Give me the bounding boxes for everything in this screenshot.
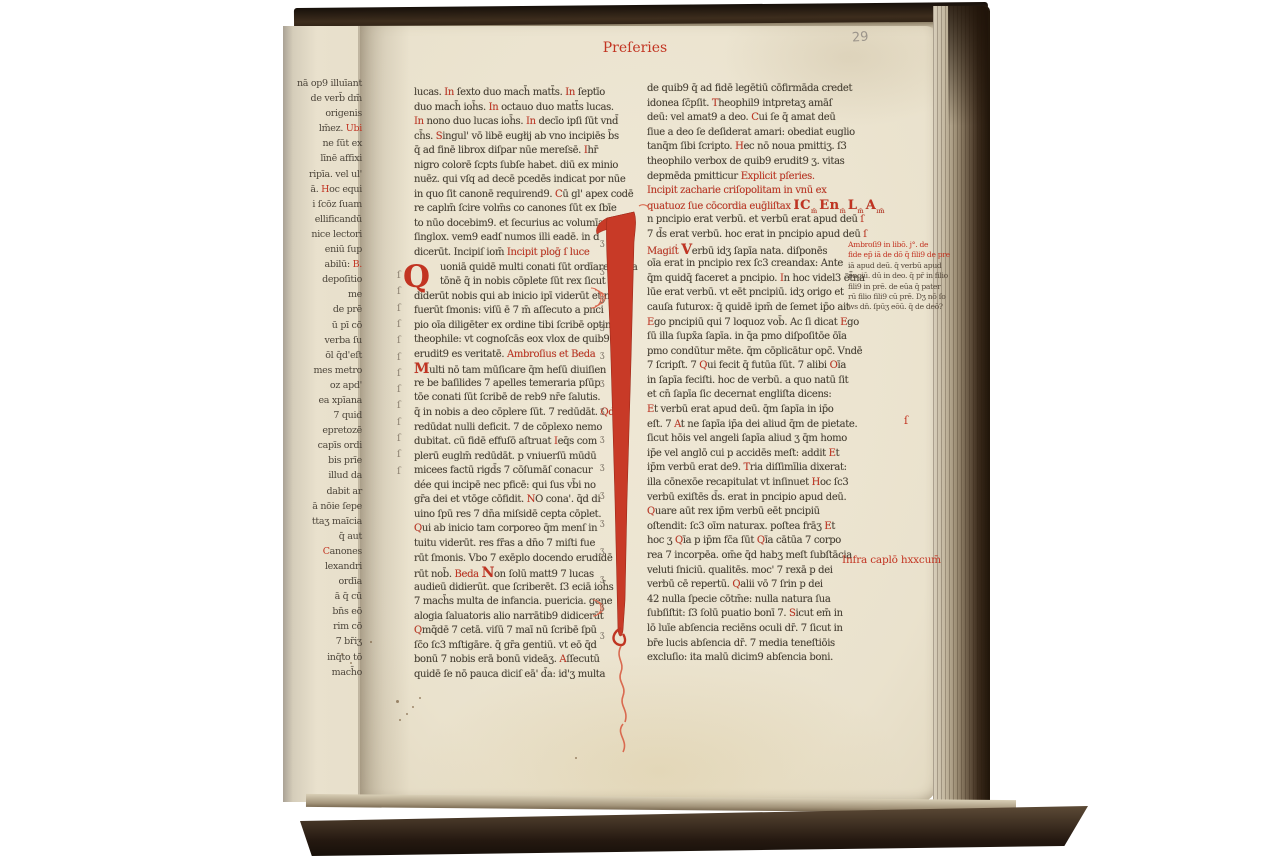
text-line: duo mach̄ ioh̄s. In octauo duo matt̄s lu…: [414, 101, 616, 116]
text-line: me: [286, 287, 362, 302]
text-line: ellificandū: [286, 212, 362, 227]
margin-mark: ſ: [397, 335, 401, 346]
text-line: bn̄s eō: [286, 604, 362, 619]
text-line: nā op9 illuīant: [286, 76, 362, 91]
text-line: ā nōie ſepe: [286, 499, 362, 514]
text-line: 7 quid: [286, 408, 362, 423]
text-line: fide ep̄ iā de dō q̄ fili9 de pre: [848, 250, 944, 260]
text-line: q̄ aut: [286, 529, 362, 544]
text-line: depoſitio: [286, 272, 362, 287]
margin-mark: ſ: [397, 303, 401, 314]
running-title: Preſeries: [580, 40, 690, 56]
text-line: ripīa. vel ul': [286, 167, 362, 182]
ink-speck: [341, 653, 343, 655]
margin-paragraph-mark: ſ: [904, 414, 908, 427]
book-cover-bottom-edge: [300, 806, 1088, 856]
text-line: līnē affixi: [286, 151, 362, 166]
margin-mark: ʒ: [600, 490, 605, 499]
text-line: iā apud deū. q̄ verbū apud: [848, 261, 944, 271]
margin-mark: ʒ: [600, 602, 605, 611]
margin-mark: ʒ: [600, 238, 605, 247]
manuscript-photo: Preſeries 29 nā op9 illuīantde verb̄ dm̄…: [0, 0, 1280, 860]
text-line: rim cō: [286, 619, 362, 634]
text-line: ā. Hoc equi: [286, 182, 362, 197]
text-line: epretozē: [286, 423, 362, 438]
text-line: ordīa: [286, 574, 362, 589]
text-line: ōl q̄d'eſt: [286, 348, 362, 363]
margin-mark: ſ: [397, 433, 401, 444]
text-line: fili9 in prē. de eūa q̄ pater: [848, 282, 944, 292]
text-line: lucas. In ſexto duo mach̄ matt̄s. In ſep…: [414, 86, 616, 101]
decorated-initial-Q: Q: [403, 262, 430, 292]
text-line: bis prīe: [286, 453, 362, 468]
text-line: illud da: [286, 468, 362, 483]
folio-number: 29: [851, 29, 869, 45]
ink-speck: [412, 706, 414, 708]
text-line: ttaʒ maīcia: [286, 514, 362, 529]
text-line: abilū: B.: [286, 257, 362, 272]
margin-mark: ſ: [397, 286, 401, 297]
text-line: nice lectori: [286, 227, 362, 242]
text-line: pnciū. dū in deo. q̄ pr̄ in filio: [848, 271, 944, 281]
left-page-text-fragments: nā op9 illuīantde verb̄ dm̄origenislm̄ez…: [286, 76, 362, 680]
margin-mark: ſ: [397, 400, 401, 411]
text-line: q̄ ad finē librox diſpar nūe mereſsē. Ih…: [414, 144, 616, 159]
text-line: ea xpīana: [286, 393, 362, 408]
margin-mark: ʒ: [600, 294, 605, 303]
text-line: lm̄ez. Ubi: [286, 121, 362, 136]
text-line: de prē: [286, 302, 362, 317]
text-line: i ſcōz ſuam: [286, 197, 362, 212]
margin-gloss-infra-capitulo: Infra caplō hxxcum̄: [842, 554, 941, 566]
text-line: tanq̄m ſibi ſcripto. Hec nō noua pmittiʒ…: [647, 140, 853, 155]
ink-speck: [350, 662, 352, 664]
decorated-initial-I: [585, 200, 695, 760]
margin-mark: ʒ: [600, 322, 605, 331]
ink-speck: [399, 719, 401, 721]
ink-speck: [406, 713, 408, 715]
margin-mark: ʒ: [600, 574, 605, 583]
text-line: verba ſu: [286, 333, 362, 348]
text-line: mach̄o: [286, 665, 362, 680]
text-line: dabit ar: [286, 484, 362, 499]
margin-mark: ſ: [397, 449, 401, 460]
text-line: capīs ordi: [286, 438, 362, 453]
text-line: ws dn̄. ſpūʒ eōū. q̄ de deō?: [848, 302, 944, 312]
margin-mark: ʒ: [600, 462, 605, 471]
text-line: lexandri: [286, 559, 362, 574]
gutter-shadow: [358, 26, 410, 802]
margin-mark: ʒ: [600, 630, 605, 639]
text-line: Canones: [286, 544, 362, 559]
text-line: de verb̄ dm̄: [286, 91, 362, 106]
margin-mark: ſ: [397, 384, 401, 395]
margin-mark: ʒ: [600, 546, 605, 555]
text-line: mes metro: [286, 363, 362, 378]
margin-mark: ſ: [397, 417, 401, 428]
text-line: eniū ſup: [286, 242, 362, 257]
text-line: ch̄s. Singul' vō libē eugłij ab vno inci…: [414, 130, 616, 145]
text-line: ne ſūt ex: [286, 136, 362, 151]
text-line: idonea ſc̄pſit. Theophil9 intpretaʒ amāſ: [647, 97, 853, 112]
ink-speck: [575, 757, 577, 759]
margin-mark: ſ: [397, 352, 401, 363]
text-line: In nono duo lucas ioh̄s. In decīo ipſi ſ…: [414, 115, 616, 130]
margin-mark: ʒ: [600, 434, 605, 443]
margin-gloss-ambrosius: Ambroſi9 in libō. j°. defide ep̄ iā de d…: [848, 240, 944, 313]
text-line: depmēda pmitticur Explicit pſeries.: [647, 170, 853, 185]
text-line: 7 br̄iʒ: [286, 634, 362, 649]
text-line: deū: vel amat9 a deo. Cui ſe q̄ amat deū: [647, 111, 853, 126]
text-line: oz apd': [286, 378, 362, 393]
margin-mark: ʒ: [600, 406, 605, 415]
fore-edge-shadow: [948, 6, 988, 126]
text-line: Ambroſi9 in libō. j°. de: [848, 240, 944, 250]
text-line: ā q̄ cū: [286, 589, 362, 604]
fore-edge-page-stack: [933, 6, 990, 818]
margin-mark: ʒ: [600, 350, 605, 359]
ink-speck: [396, 700, 399, 703]
ink-speck: [370, 641, 372, 643]
text-line: nuēz. qui vſq ad decē pcedēs indicat por…: [414, 173, 616, 188]
ink-speck: [419, 697, 421, 699]
margin-mark: ſ: [397, 368, 401, 379]
text-line: Incipit zacharie criſopolitam in vnū ex: [647, 184, 853, 199]
text-line: de quib9 q̄ ad fidē legētiū cōfirmāda cr…: [647, 82, 853, 97]
margin-mark: ʒ: [600, 266, 605, 275]
text-line: origenis: [286, 106, 362, 121]
text-line: ſiue a deo ſe deſiderat amari: obediat e…: [647, 126, 853, 141]
margin-mark: ſ: [397, 466, 401, 477]
text-line: theophilo verbox de quib9 erudit9 ʒ. vit…: [647, 155, 853, 170]
margin-mark: ſ: [397, 270, 401, 281]
margin-mark: ʒ: [600, 518, 605, 527]
text-line: rū filio fili9 cū prē. Dʒ nō ſo: [848, 292, 944, 302]
text-line: ū pī cō: [286, 318, 362, 333]
margin-mark: ʒ: [600, 378, 605, 387]
text-line: nigro colorē ſcpts ſubſe habet. diū ex m…: [414, 159, 616, 174]
margin-mark: ſ: [397, 319, 401, 330]
